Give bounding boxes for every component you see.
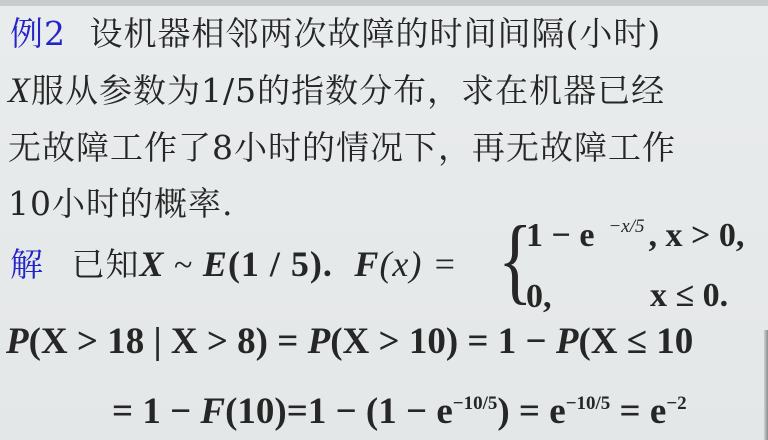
dist-tilde: ~ (165, 247, 203, 284)
eq2-exp3: −2 (666, 393, 686, 414)
problem-text-4: 10小时的概率. (8, 184, 233, 223)
eq2-part2: (10)=1 − (1 − e (225, 391, 453, 432)
problem-text-3: 无故障工作了8小时的情况下，再无故障工作 (8, 128, 676, 167)
case2-expr: 0, (526, 278, 552, 315)
slide-right-edge (764, 330, 768, 440)
eq2-part1: = 1 − (112, 391, 200, 432)
solution-intro: 已知 (72, 245, 140, 284)
equation-line-1: P(X > 18 | X > 8) = P(X > 10) = 1 − P(X … (6, 322, 693, 362)
eq2-part3: ) = e (497, 391, 565, 432)
problem-text-1: 设机器相邻两次故障的时间间隔(小时) (90, 14, 662, 53)
problem-text-2: 服从参数为1/5的指数分布，求在机器已经 (31, 71, 665, 110)
eq2-part4: = e (610, 391, 666, 432)
problem-line-3: 无故障工作了8小时的情况下，再无故障工作 (8, 128, 676, 168)
cdf-case-2: 0, x ≤ 0. (526, 276, 552, 317)
eq1-part1: (X > 18 | X > 8) = (29, 321, 308, 362)
solution-line: 解 已知X ~ E(1 / 5). F(x) = (10, 244, 458, 286)
case2-cond: x ≤ 0. (650, 276, 728, 316)
cdf-F: F (354, 244, 379, 284)
eq2-exp2: −10/5 (566, 393, 611, 414)
problem-line-2: X服从参数为1/5的指数分布，求在机器已经 (8, 70, 665, 111)
cdf-arg: (x) = (379, 244, 457, 284)
example-label: 例2 (10, 14, 66, 53)
solution-label: 解 (10, 245, 44, 284)
eq1-part3: (X ≤ 10 (578, 321, 693, 362)
eq1-P1: P (6, 321, 29, 362)
case1-exponent: −x/5 (608, 216, 644, 237)
eq1-part2: (X > 10) = 1 − (330, 321, 556, 362)
problem-line-1: 例2 设机器相邻两次故障的时间间隔(小时) (10, 14, 661, 54)
dist-var: X (140, 244, 165, 284)
cdf-case-1: 1 − e−x/5, x > 0, (526, 215, 744, 256)
dist-param: (1 / 5). (228, 244, 333, 284)
problem-var: X (8, 70, 31, 110)
eq1-P2: P (308, 321, 331, 362)
problem-line-4: 10小时的概率. (8, 184, 233, 224)
eq1-P3: P (556, 321, 579, 362)
case1-cond: , x > 0, (649, 217, 745, 254)
eq2-exp1: −10/5 (453, 393, 498, 414)
case1-expr: 1 − e (526, 217, 594, 254)
dist-name: E (203, 244, 228, 284)
equation-line-2: = 1 − F(10)=1 − (1 − e−10/5) = e−10/5 = … (112, 392, 687, 432)
eq2-F: F (200, 391, 225, 432)
